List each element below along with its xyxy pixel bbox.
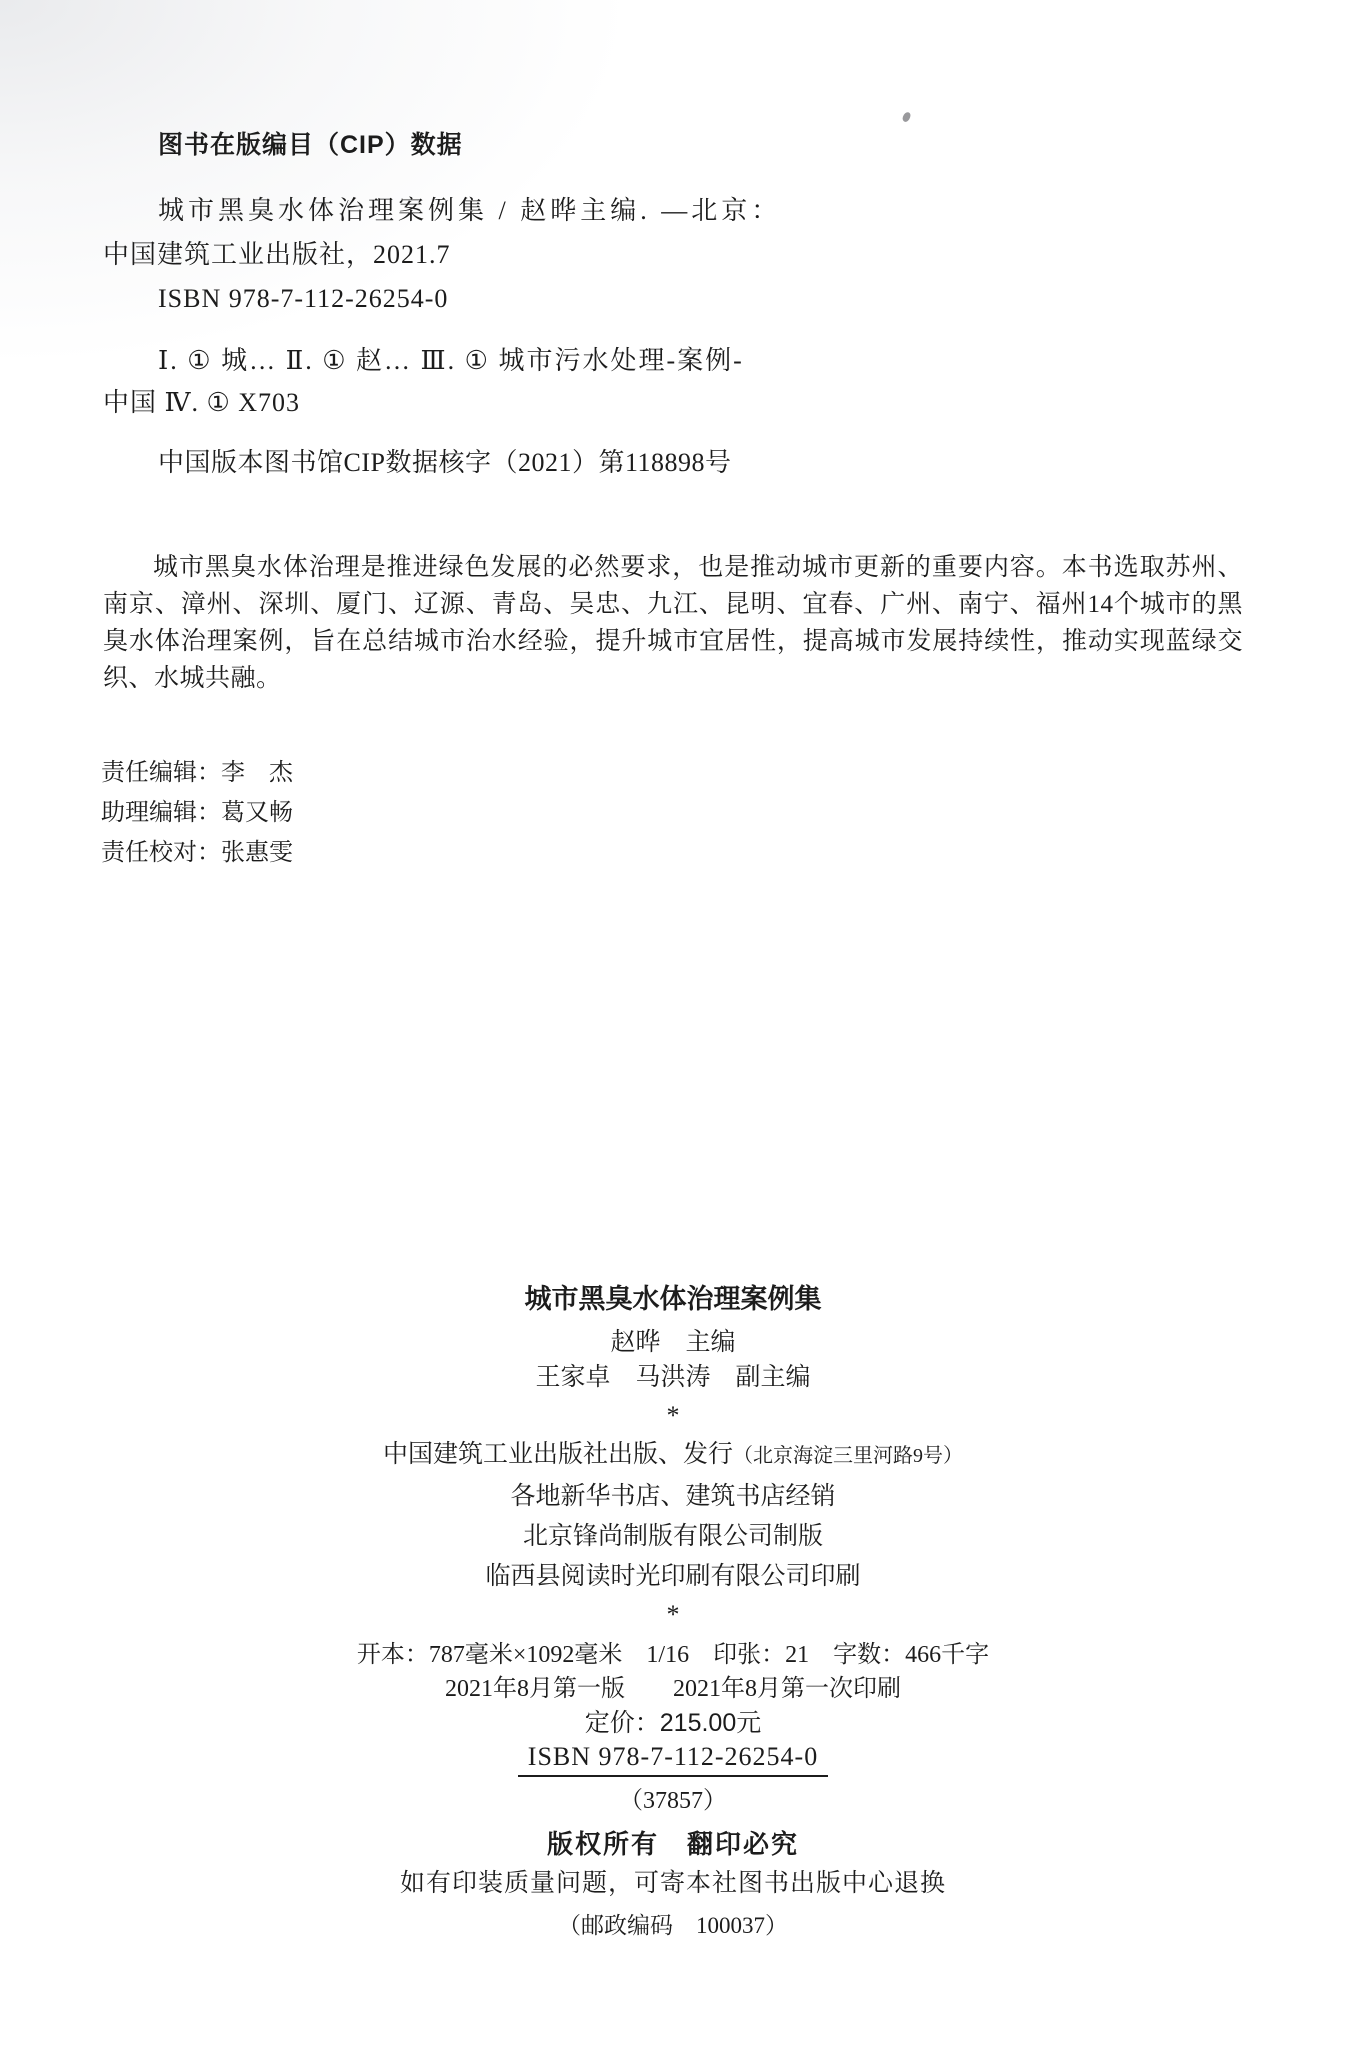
cip-classification-line-2: 中国 Ⅳ. ① X703 [103, 388, 1003, 418]
staff-row-duty-editor: 责任编辑：李 杰 [101, 753, 293, 793]
colophon-block: 城市黑臭水体治理案例集 赵晔 主编 王家卓 马洪涛 副主编 * 中国建筑工业出版… [0, 1283, 1346, 1942]
rights-notice: 版权所有 翻印必究 [0, 1828, 1346, 1860]
format-line: 开本：787毫米×1092毫米 1/16 印张：21 字数：466千字 [0, 1639, 1346, 1671]
staff-label: 责任编辑： [101, 760, 221, 786]
colophon-book-title: 城市黑臭水体治理案例集 [0, 1283, 1346, 1315]
price-line: 定价：215.00元 [0, 1707, 1346, 1740]
deputy-editor-line: 王家卓 马洪涛 副主编 [0, 1362, 1346, 1394]
staff-name: 葛又畅 [221, 800, 293, 826]
staff-block: 责任编辑：李 杰 助理编辑：葛又畅 责任校对：张惠雯 [101, 753, 293, 873]
staff-name: 李 杰 [221, 760, 293, 786]
edition-line: 2021年8月第一版 2021年8月第一次印刷 [0, 1673, 1346, 1705]
cip-classification-line-1: Ⅰ. ① 城… Ⅱ. ① 赵… Ⅲ. ① 城市污水处理-案例- [158, 346, 1003, 376]
book-abstract: 城市黑臭水体治理是推进绿色发展的必然要求，也是推动城市更新的重要内容。本书选取苏… [103, 549, 1243, 697]
publisher-name: 中国建筑工业出版社出版、发行 [383, 1441, 733, 1468]
book-number: （37857） [0, 1785, 1346, 1817]
distribution-line: 各地新华书店、建筑书店经销 [0, 1481, 1346, 1513]
cip-block: 图书在版编目（CIP）数据 城市黑臭水体治理案例集 / 赵晔主编. —北京： 中… [103, 130, 1003, 478]
printing-line: 临西县阅读时光印刷有限公司印刷 [0, 1561, 1346, 1593]
staff-label: 助理编辑： [101, 800, 221, 826]
quality-notice: 如有印装质量问题，可寄本社图书出版中心退换 [0, 1868, 1346, 1900]
asterisk-divider-bottom: * [0, 1599, 1346, 1631]
staff-row-assistant-editor: 助理编辑：葛又畅 [101, 793, 293, 833]
staff-row-proofreader: 责任校对：张惠雯 [101, 833, 293, 873]
platemaking-line: 北京锋尚制版有限公司制版 [0, 1521, 1346, 1553]
isbn-number: ISBN 978-7-112-26254-0 [518, 1741, 828, 1777]
publisher-address: （北京海淀三里河路9号） [733, 1445, 963, 1467]
isbn-line: ISBN 978-7-112-26254-0 [0, 1741, 1346, 1777]
scan-speck [902, 111, 912, 123]
asterisk-divider-top: * [0, 1400, 1346, 1432]
staff-name: 张惠雯 [221, 840, 293, 866]
cip-title-line: 城市黑臭水体治理案例集 / 赵晔主编. —北京： [158, 196, 1003, 226]
chief-editor-line: 赵晔 主编 [0, 1327, 1346, 1359]
publisher-line: 中国建筑工业出版社出版、发行（北京海淀三里河路9号） [0, 1439, 1346, 1472]
cip-heading: 图书在版编目（CIP）数据 [158, 130, 1003, 160]
postal-code-line: （邮政编码 100037） [0, 1910, 1346, 1942]
staff-label: 责任校对： [101, 840, 221, 866]
cip-registry-line: 中国版本图书馆CIP数据核字（2021）第118898号 [158, 448, 1003, 478]
copyright-page: 图书在版编目（CIP）数据 城市黑臭水体治理案例集 / 赵晔主编. —北京： 中… [0, 0, 1346, 2069]
book-abstract-text: 城市黑臭水体治理是推进绿色发展的必然要求，也是推动城市更新的重要内容。本书选取苏… [103, 549, 1243, 697]
price-label: 定价： [585, 1710, 660, 1737]
price-value: 215.00元 [660, 1709, 761, 1737]
cip-publisher-line: 中国建筑工业出版社，2021.7 [103, 240, 1003, 270]
cip-isbn-line: ISBN 978-7-112-26254-0 [158, 284, 1003, 314]
